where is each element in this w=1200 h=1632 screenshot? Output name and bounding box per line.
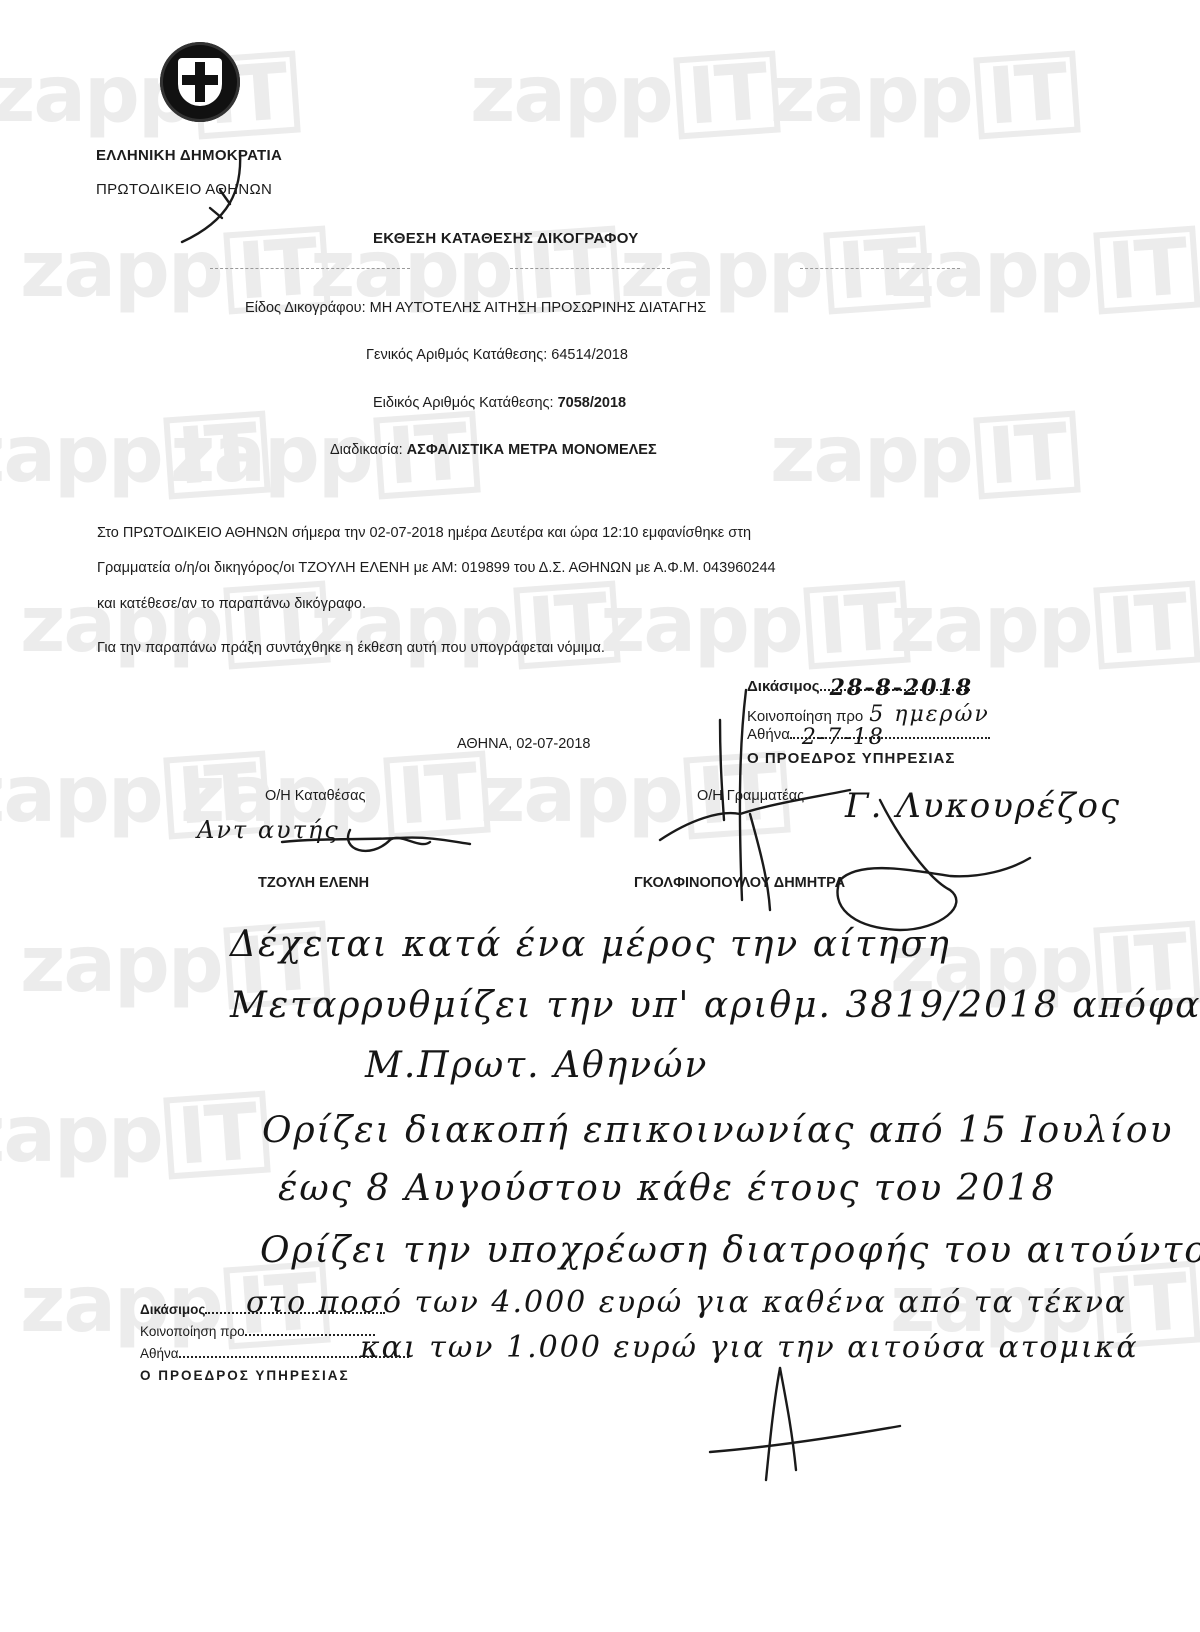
body-line: Γραμματεία ο/η/οι δικηγόρος/οι ΤΖΟΥΛΗ ΕΛ… (97, 560, 776, 576)
clerk-signature (650, 680, 1050, 940)
ruling-line: Δέχεται κατά ένα μέρος την αίτηση (230, 924, 951, 965)
watermark: zappIT (310, 580, 618, 670)
document-page: zappIT zappIT zappIT zappIT zappIT zappI… (0, 0, 1200, 1632)
divider (800, 268, 960, 269)
place-date: ΑΘΗΝΑ, 02-07-2018 (457, 736, 591, 752)
field-general-number: Γενικός Αριθμός Κατάθεσης: 64514/2018 (366, 347, 628, 363)
depositor-label: Ο/Η Καταθέσας (265, 788, 365, 804)
watermark: zappIT (600, 580, 908, 670)
watermark: zappIT (770, 410, 1078, 500)
watermark: zappIT (0, 50, 298, 140)
depositor-signature (280, 820, 480, 870)
field-procedure: Διαδικασία: ΑΣΦΑΛΙΣΤΙΚΑ ΜΕΤΡΑ ΜΟΝΟΜΕΛΕΣ (330, 442, 657, 458)
greek-coat-of-arms-icon (160, 42, 240, 122)
court-stamp-mark-icon (180, 150, 260, 250)
ruling-line: Ορίζει διακοπή επικοινωνίας από 15 Ιουλί… (262, 1110, 1174, 1151)
body-line: και κατέθεσε/αν το παραπάνω δικόγραφο. (97, 596, 366, 612)
watermark: zappIT (890, 225, 1198, 315)
divider (510, 268, 670, 269)
field-special-number: Ειδικός Αριθμός Κατάθεσης: 7058/2018 (373, 395, 626, 411)
divider (210, 268, 410, 269)
watermark: zappIT (20, 580, 328, 670)
judge-signature (700, 1360, 920, 1490)
body-line: Για την παραπάνω πράξη συντάχθηκε η έκθε… (97, 640, 605, 656)
field-doc-type: Είδος Δικογράφου: ΜΗ ΑΥΤΟΤΕΛΗΣ ΑΙΤΗΣΗ ΠΡ… (245, 300, 706, 316)
bottom-stamp-signer-title: Ο ΠΡΟΕΔΡΟΣ ΥΠΗΡΕΣΙΑΣ (140, 1368, 420, 1390)
ruling-line: Ορίζει την υποχρέωση διατροφής του αιτού… (260, 1230, 1200, 1271)
watermark: zappIT (470, 50, 778, 140)
body-line: Στο ΠΡΩΤΟΔΙΚΕΙΟ ΑΘΗΝΩΝ σήμερα την 02-07-… (97, 525, 751, 541)
watermark: zappIT (890, 580, 1198, 670)
ruling-line: Μεταρρυθμίζει την υπ' αριθμ. 3819/2018 α… (230, 985, 1200, 1026)
bottom-hearing-stamp: Δικάσιμος Κοινοποίηση προ Αθήνα Ο ΠΡΟΕΔΡ… (140, 1302, 420, 1390)
watermark: zappIT (0, 1090, 268, 1180)
depositor-name: ΤΖΟΥΛΗ ΕΛΕΝΗ (258, 875, 369, 891)
document-title: ΕΚΘΕΣΗ ΚΑΤΑΘΕΣΗΣ ΔΙΚΟΓΡΑΦΟΥ (373, 230, 639, 247)
watermark: zappIT (770, 50, 1078, 140)
ruling-line: έως 8 Αυγούστου κάθε έτους του 2018 (278, 1168, 1056, 1209)
ruling-line: Μ.Πρωτ. Αθηνών (365, 1045, 708, 1086)
